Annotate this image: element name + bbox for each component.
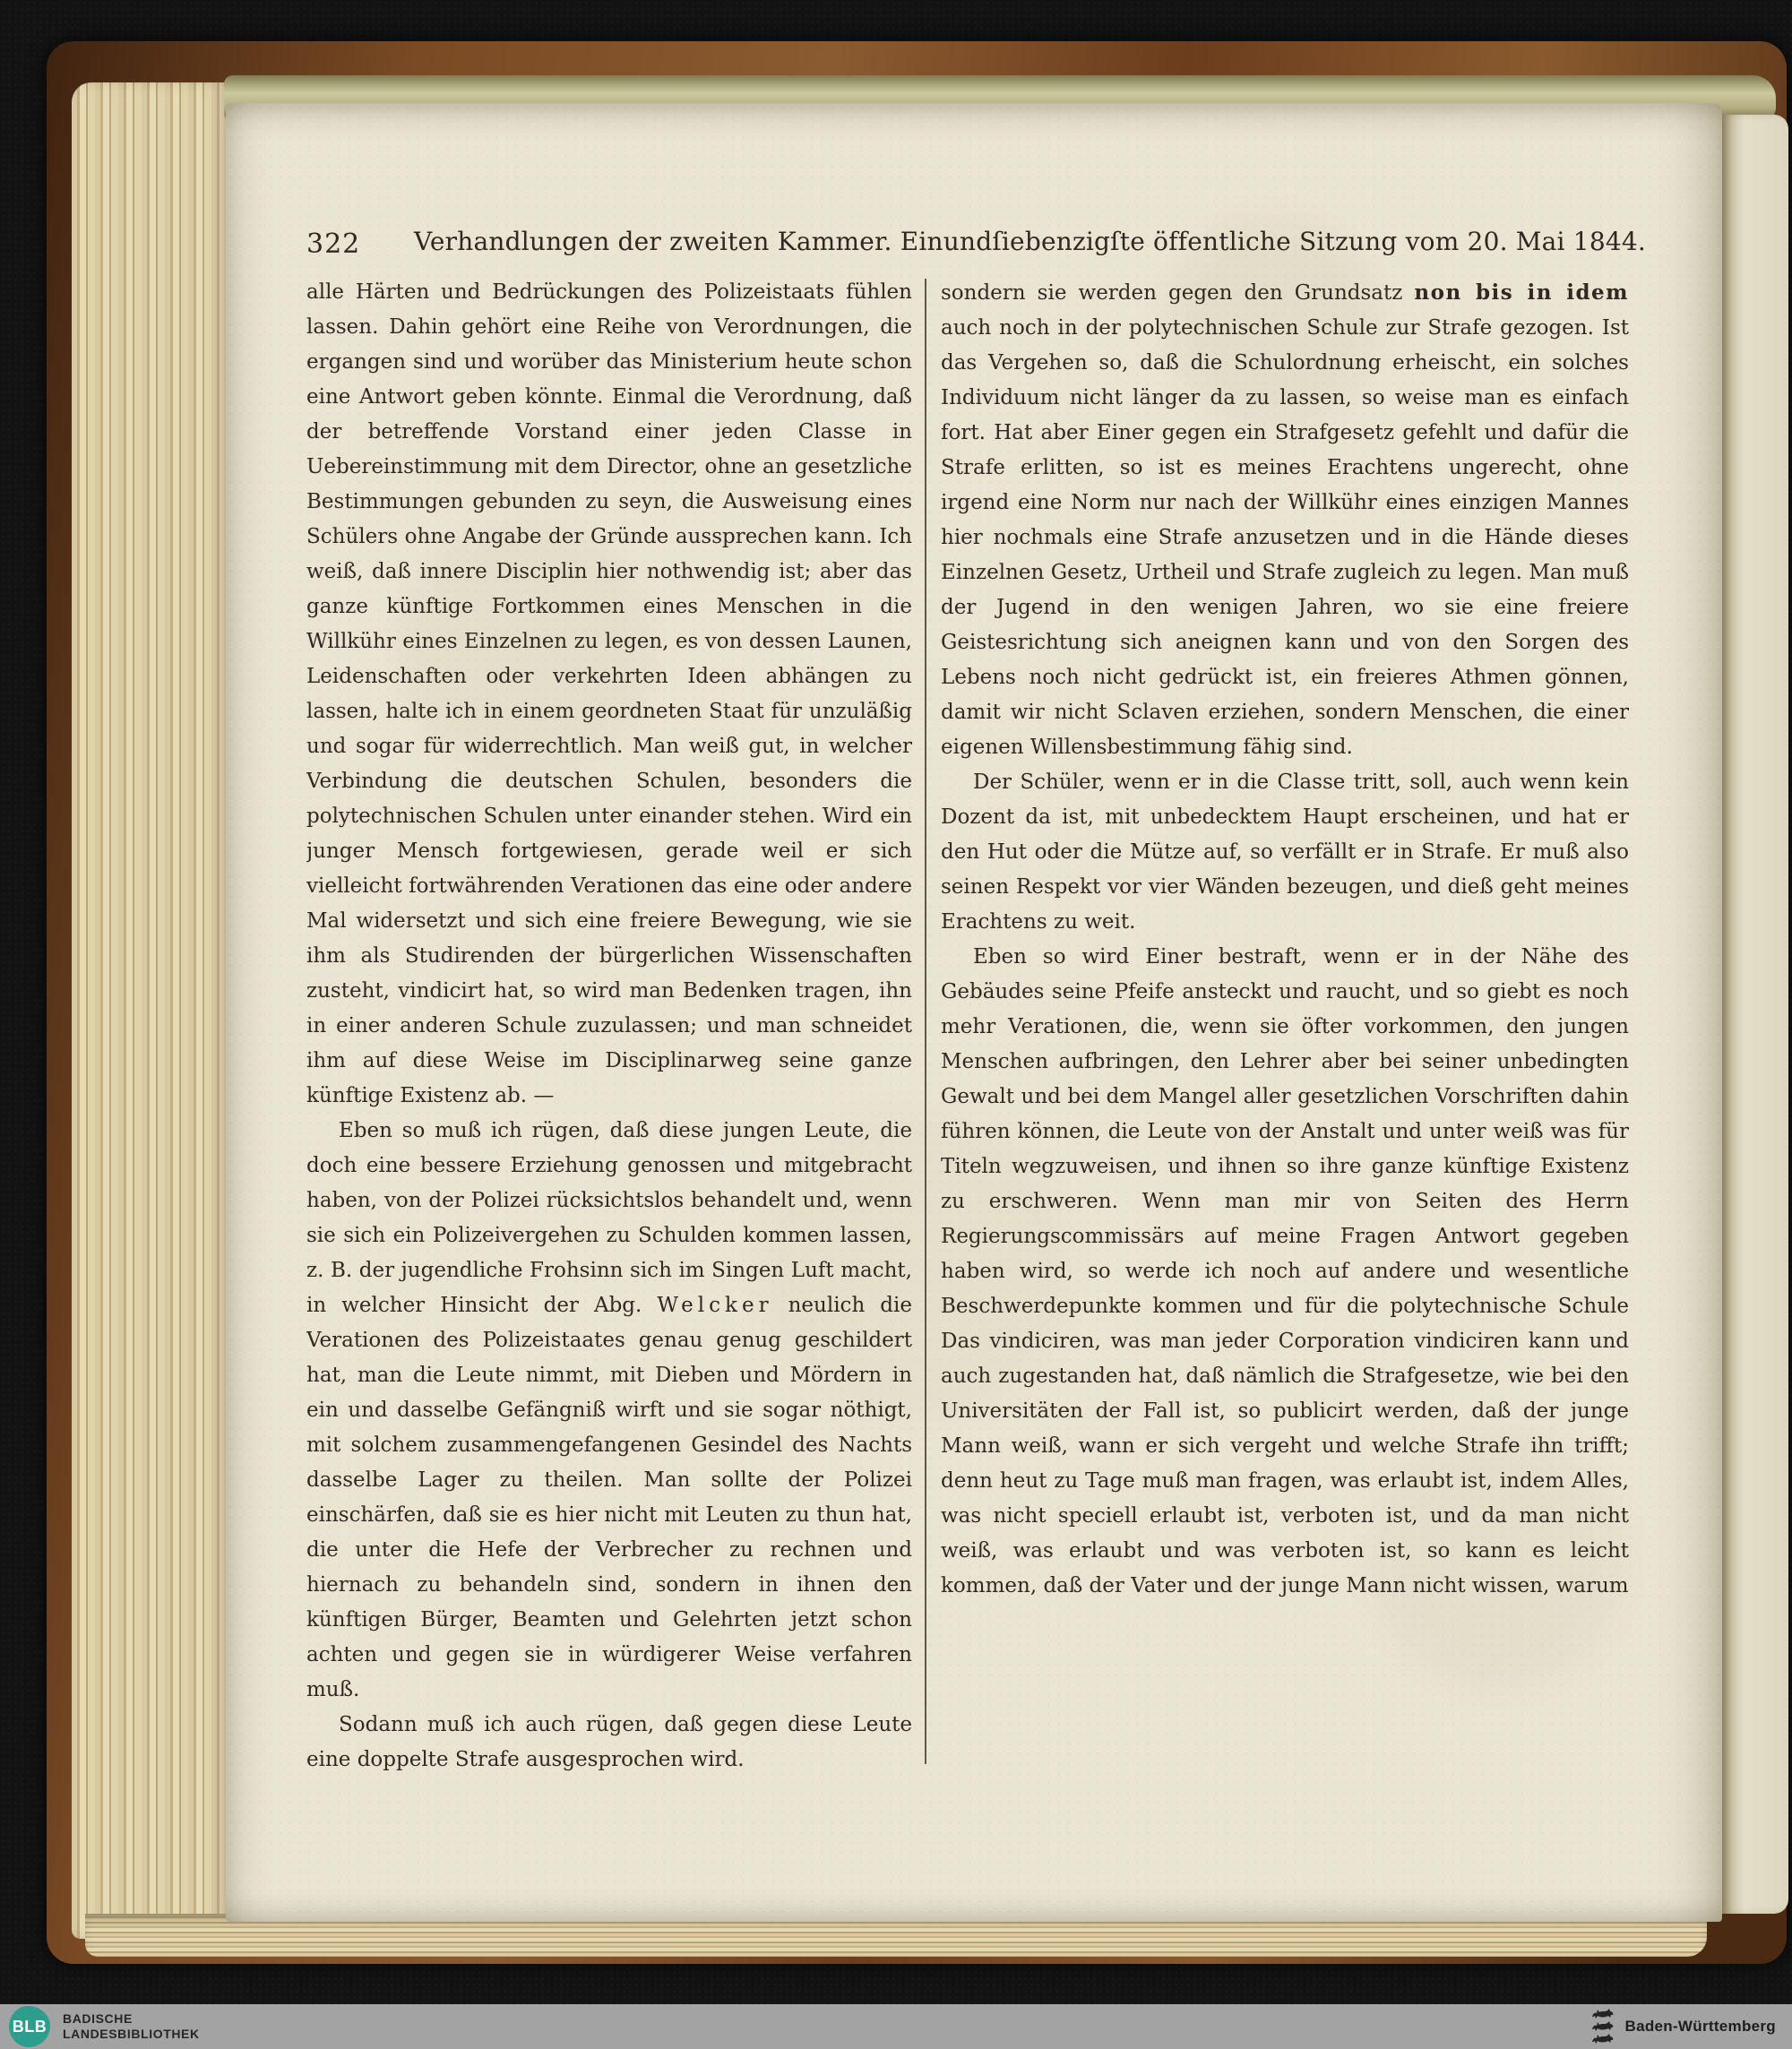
page-stack-left-edge — [72, 82, 233, 1939]
text-columns: alle Härten und Bedrückungen des Polizei… — [306, 275, 1629, 1773]
page-header: 322 Verhandlungen der zweiten Kammer. Ei… — [306, 227, 1625, 266]
coat-of-arms-three-lions-icon — [1591, 2008, 1615, 2045]
baden-wuerttemberg-logo: Baden-Württemberg — [1591, 2008, 1792, 2045]
viewer-footer-bar: BLB BADISCHE LANDESBIBLIOTHEK Baden-Würt… — [0, 2004, 1792, 2049]
paragraph: alle Härten und Bedrückungen des Polizei… — [306, 275, 912, 1114]
paragraph: Eben so wird Einer bestraft, wenn er in … — [941, 940, 1629, 1604]
running-header: Verhandlungen der zweiten Kammer. Einund… — [306, 227, 1625, 256]
page-number: 322 — [306, 228, 360, 260]
library-name-line1: BADISCHE — [63, 2011, 200, 2027]
text-column-left: alle Härten und Bedrückungen des Polizei… — [306, 275, 912, 1773]
text-column-right: sondern sie werden gegen den Grundsatz n… — [941, 275, 1629, 1773]
paragraph: Eben so muß ich rügen, daß diese jungen … — [306, 1114, 912, 1708]
column-divider-rule — [925, 279, 926, 1764]
blb-logo: BLB BADISCHE LANDESBIBLIOTHEK — [0, 2006, 200, 2047]
paragraph: Sodann muß ich auch rügen, daß gegen die… — [306, 1708, 912, 1773]
book-page: 322 Verhandlungen der zweiten Kammer. Ei… — [226, 103, 1722, 1922]
library-name-line2: LANDESBIBLIOTHEK — [63, 2027, 200, 2042]
next-page-edge — [1722, 115, 1788, 1914]
paragraph: Der Schüler, wenn er in die Classe tritt… — [941, 765, 1629, 940]
blb-badge-icon: BLB — [9, 2006, 50, 2047]
state-label: Baden-Württemberg — [1625, 2018, 1777, 2036]
paragraph: sondern sie werden gegen den Grundsatz n… — [941, 275, 1629, 765]
